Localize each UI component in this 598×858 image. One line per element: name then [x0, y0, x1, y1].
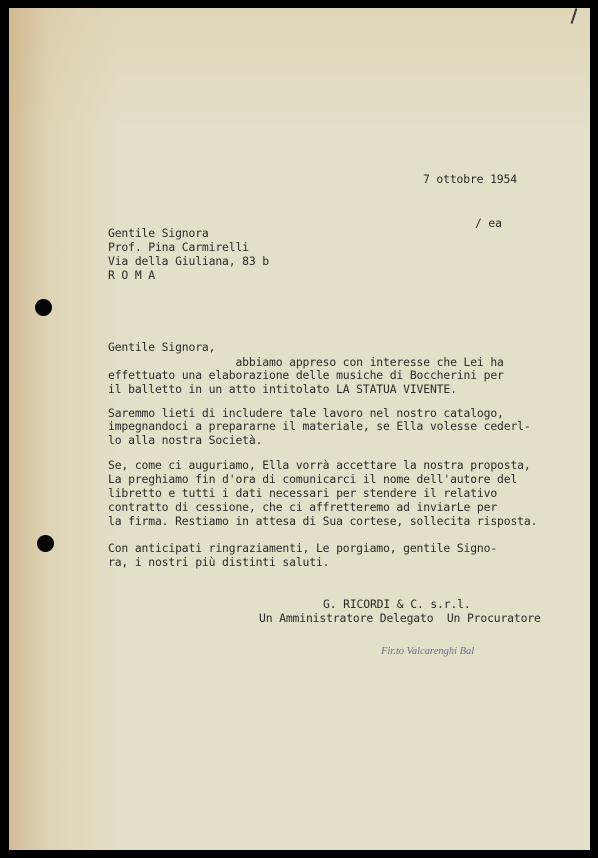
- salutation: Gentile Signora,: [108, 341, 215, 354]
- body-line: contratto di cessione, che ci affrettere…: [108, 501, 497, 514]
- recipient-line: Via della Giuliana, 83 b: [108, 255, 269, 268]
- punch-hole-top: [35, 299, 52, 316]
- body-line: lo alla nostra Società.: [108, 434, 262, 447]
- body-line: Se, come ci auguriamo, Ella vorrà accett…: [108, 459, 531, 472]
- recipient-line: Prof. Pina Carmirelli: [108, 241, 249, 254]
- signatory-roles: Un Amministratore Delegato Un Procurator…: [259, 612, 541, 625]
- body-line: il balletto in un atto intitolato LA STA…: [108, 383, 457, 396]
- body-line: impegnandoci a prepararne il materiale, …: [108, 420, 531, 433]
- recipient-line: R O M A: [108, 269, 155, 282]
- body-line: effettuato una elaborazione delle musich…: [108, 369, 504, 382]
- recipient-line: Gentile Signora: [108, 227, 209, 240]
- body-line: La preghiamo fin d'ora di comunicarci il…: [108, 473, 517, 486]
- body-line: ra, i nostri più distinti saluti.: [108, 556, 329, 569]
- punch-hole-bottom: [37, 535, 54, 552]
- letter-reference: / ea: [475, 217, 502, 230]
- body-line: la firma. Restiamo in attesa di Sua cort…: [108, 515, 537, 528]
- letter-date: 7 ottobre 1954: [423, 173, 517, 186]
- company-name: G. RICORDI & C. s.r.l.: [323, 598, 471, 611]
- signature-stamp: Fir.to Valcarenghi Bal: [381, 646, 474, 657]
- body-line: Con anticipati ringraziamenti, Le porgia…: [108, 542, 497, 555]
- body-line: libretto e tutti i dati necessari per st…: [108, 487, 497, 500]
